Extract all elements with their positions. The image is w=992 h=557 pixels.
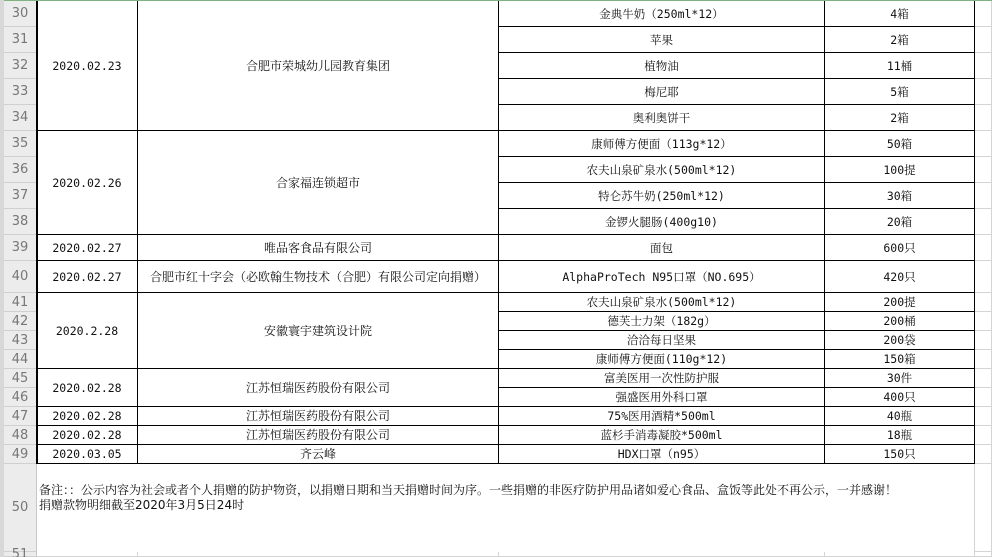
item-qty-cell[interactable]: 200提 — [825, 293, 975, 312]
empty-cell[interactable] — [975, 293, 992, 312]
item-qty-cell[interactable]: 100提 — [825, 157, 975, 183]
empty-cell[interactable] — [975, 157, 992, 183]
date-cell[interactable]: 2020.02.27 — [37, 235, 138, 261]
empty-cell[interactable] — [975, 426, 992, 445]
row-header-47[interactable]: 47 — [4, 407, 37, 426]
item-name-cell[interactable]: 康师傅方便面（113g*12） — [499, 131, 825, 157]
date-cell[interactable]: 2020.02.28 — [37, 407, 138, 426]
date-cell[interactable]: 2020.2.28 — [37, 293, 138, 369]
item-name-cell[interactable]: 强盛医用外科口罩 — [499, 388, 825, 407]
donor-cell[interactable]: 合家福连锁超市 — [138, 131, 499, 235]
row-header-38[interactable]: 38 — [4, 209, 37, 235]
empty-cell[interactable] — [975, 312, 992, 331]
item-qty-cell[interactable]: 2箱 — [825, 105, 975, 131]
empty-cell[interactable] — [975, 350, 992, 369]
empty-cell[interactable] — [975, 209, 992, 235]
empty-cell[interactable] — [975, 235, 992, 261]
item-name-cell[interactable]: 金典牛奶（250ml*12） — [499, 1, 825, 27]
item-name-cell[interactable]: 梅尼耶 — [499, 79, 825, 105]
item-qty-cell[interactable]: 20箱 — [825, 209, 975, 235]
row-header-45[interactable]: 45 — [4, 369, 37, 388]
item-name-cell[interactable]: 奥利奥饼干 — [499, 105, 825, 131]
item-qty-cell[interactable]: 4箱 — [825, 1, 975, 27]
date-cell[interactable]: 2020.02.26 — [37, 131, 138, 235]
row-header-39[interactable]: 39 — [4, 235, 37, 261]
item-qty-cell[interactable]: 18瓶 — [825, 426, 975, 445]
empty-cell[interactable] — [975, 552, 992, 557]
item-qty-cell[interactable]: 30件 — [825, 369, 975, 388]
item-name-cell[interactable]: 苹果 — [499, 27, 825, 53]
empty-cell[interactable] — [975, 79, 992, 105]
row-header-51[interactable]: 51 — [4, 552, 37, 557]
donor-cell[interactable]: 安徽寰宇建筑设计院 — [138, 293, 499, 369]
row-header-40[interactable]: 40 — [4, 261, 37, 293]
item-qty-cell[interactable]: 150箱 — [825, 350, 975, 369]
row-header-44[interactable]: 44 — [4, 350, 37, 369]
empty-cell[interactable] — [975, 261, 992, 293]
item-name-cell[interactable]: 农夫山泉矿泉水(500ml*12) — [499, 157, 825, 183]
row-header-46[interactable]: 46 — [4, 388, 37, 407]
empty-cell[interactable] — [975, 445, 992, 464]
item-name-cell[interactable]: 特仑苏牛奶(250ml*12) — [499, 183, 825, 209]
row-header-31[interactable]: 31 — [4, 27, 37, 53]
empty-cell[interactable] — [975, 1, 992, 27]
donor-cell[interactable]: 江苏恒瑞医药股份有限公司 — [138, 407, 499, 426]
date-cell[interactable]: 2020.02.28 — [37, 426, 138, 445]
item-name-cell[interactable]: 蓝杉手消毒凝胶*500ml — [499, 426, 825, 445]
empty-cell[interactable] — [37, 552, 138, 557]
row-header-35[interactable]: 35 — [4, 131, 37, 157]
item-qty-cell[interactable]: 600只 — [825, 235, 975, 261]
item-qty-cell[interactable]: 30箱 — [825, 183, 975, 209]
empty-cell[interactable] — [975, 183, 992, 209]
item-qty-cell[interactable]: 50箱 — [825, 131, 975, 157]
item-name-cell[interactable]: 洽洽每日坚果 — [499, 331, 825, 350]
donor-cell[interactable]: 江苏恒瑞医药股份有限公司 — [138, 426, 499, 445]
row-header-49[interactable]: 49 — [4, 445, 37, 464]
empty-cell[interactable] — [975, 105, 992, 131]
empty-cell[interactable] — [499, 552, 825, 557]
item-qty-cell[interactable]: 11桶 — [825, 53, 975, 79]
note-line-2: 捐赠款物明细截至2020年3月5日24时 — [39, 498, 972, 513]
table-left-border — [36, 1, 38, 464]
item-name-cell[interactable]: 75%医用酒精*500ml — [499, 407, 825, 426]
item-qty-cell[interactable]: 5箱 — [825, 79, 975, 105]
row-header-32[interactable]: 32 — [4, 53, 37, 79]
item-name-cell[interactable]: 富美医用一次性防护服 — [499, 369, 825, 388]
item-name-cell[interactable]: 金锣火腿肠(400g10) — [499, 209, 825, 235]
item-qty-cell[interactable]: 200桶 — [825, 312, 975, 331]
row-header-42[interactable]: 42 — [4, 312, 37, 331]
note-line-1: 备注：：公示内容为社会或者个人捐赠的防护物资，以捐赠日期和当天捐赠时间为序。一些… — [39, 483, 972, 498]
donor-cell[interactable]: 合肥市红十字会（必欧翰生物技术（合肥）有限公司定向捐赠） — [138, 261, 499, 293]
empty-cell[interactable] — [975, 131, 992, 157]
row-header-36[interactable]: 36 — [4, 157, 37, 183]
date-cell[interactable]: 2020.03.05 — [37, 445, 138, 464]
empty-cell[interactable] — [825, 552, 975, 557]
row-header-30[interactable]: 30 — [4, 1, 37, 27]
item-name-cell[interactable]: 面包 — [499, 235, 825, 261]
donor-cell[interactable]: 唯品客食品有限公司 — [138, 235, 499, 261]
item-qty-cell[interactable]: 2箱 — [825, 27, 975, 53]
empty-cell[interactable] — [975, 464, 992, 552]
item-name-cell[interactable]: HDX口罩（n95） — [499, 445, 825, 464]
empty-cell[interactable] — [975, 388, 992, 407]
item-qty-cell[interactable]: 420只 — [825, 261, 975, 293]
donor-cell[interactable]: 齐云峰 — [138, 445, 499, 464]
item-qty-cell[interactable]: 200袋 — [825, 331, 975, 350]
item-name-cell[interactable]: 植物油 — [499, 53, 825, 79]
item-name-cell[interactable]: 康师傅方便面(110g*12) — [499, 350, 825, 369]
note-cell[interactable]: 备注：：公示内容为社会或者个人捐赠的防护物资，以捐赠日期和当天捐赠时间为序。一些… — [37, 464, 975, 552]
empty-cell[interactable] — [975, 407, 992, 426]
row-header-43[interactable]: 43 — [4, 331, 37, 350]
row-header-37[interactable]: 37 — [4, 183, 37, 209]
donor-cell[interactable]: 合肥市荣城幼儿园教育集团 — [138, 1, 499, 131]
row-header-33[interactable]: 33 — [4, 79, 37, 105]
empty-cell[interactable] — [975, 331, 992, 350]
row-header-34[interactable]: 34 — [4, 105, 37, 131]
row-header-50[interactable]: 50 — [4, 464, 37, 552]
empty-cell[interactable] — [975, 369, 992, 388]
empty-cell[interactable] — [975, 53, 992, 79]
date-cell[interactable]: 2020.02.28 — [37, 369, 138, 407]
row-header-41[interactable]: 41 — [4, 293, 37, 312]
date-cell[interactable]: 2020.02.23 — [37, 1, 138, 131]
date-cell[interactable]: 2020.02.27 — [37, 261, 138, 293]
empty-cell[interactable] — [975, 27, 992, 53]
item-name-cell[interactable]: AlphaProTech N95口罩（NO.695） — [499, 261, 825, 293]
row-header-48[interactable]: 48 — [4, 426, 37, 445]
item-qty-cell[interactable]: 40瓶 — [825, 407, 975, 426]
donor-cell[interactable]: 江苏恒瑞医药股份有限公司 — [138, 369, 499, 407]
item-qty-cell[interactable]: 400只 — [825, 388, 975, 407]
item-qty-cell[interactable]: 150只 — [825, 445, 975, 464]
item-name-cell[interactable]: 农夫山泉矿泉水(500ml*12) — [499, 293, 825, 312]
empty-cell[interactable] — [138, 552, 499, 557]
item-name-cell[interactable]: 德芙士力架（182g） — [499, 312, 825, 331]
